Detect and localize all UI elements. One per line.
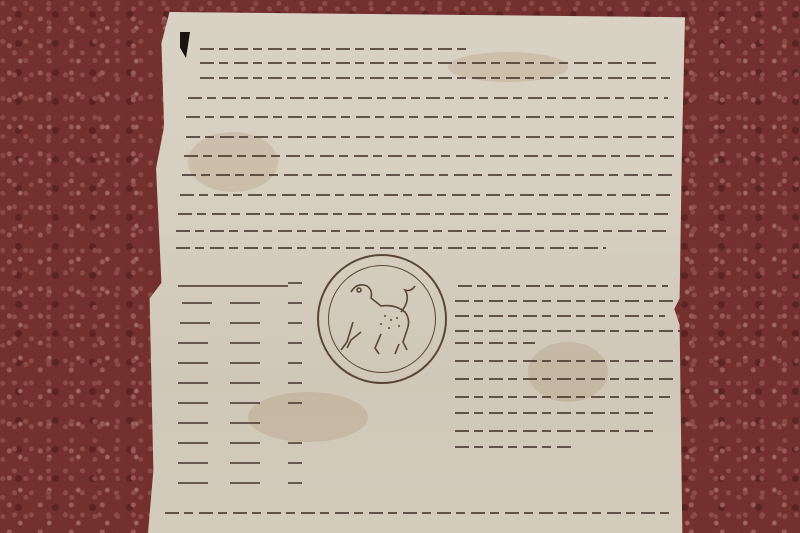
lion-rampant-icon: [337, 272, 427, 364]
charter-footer-text: [165, 512, 675, 514]
rota-seal: [317, 254, 447, 384]
